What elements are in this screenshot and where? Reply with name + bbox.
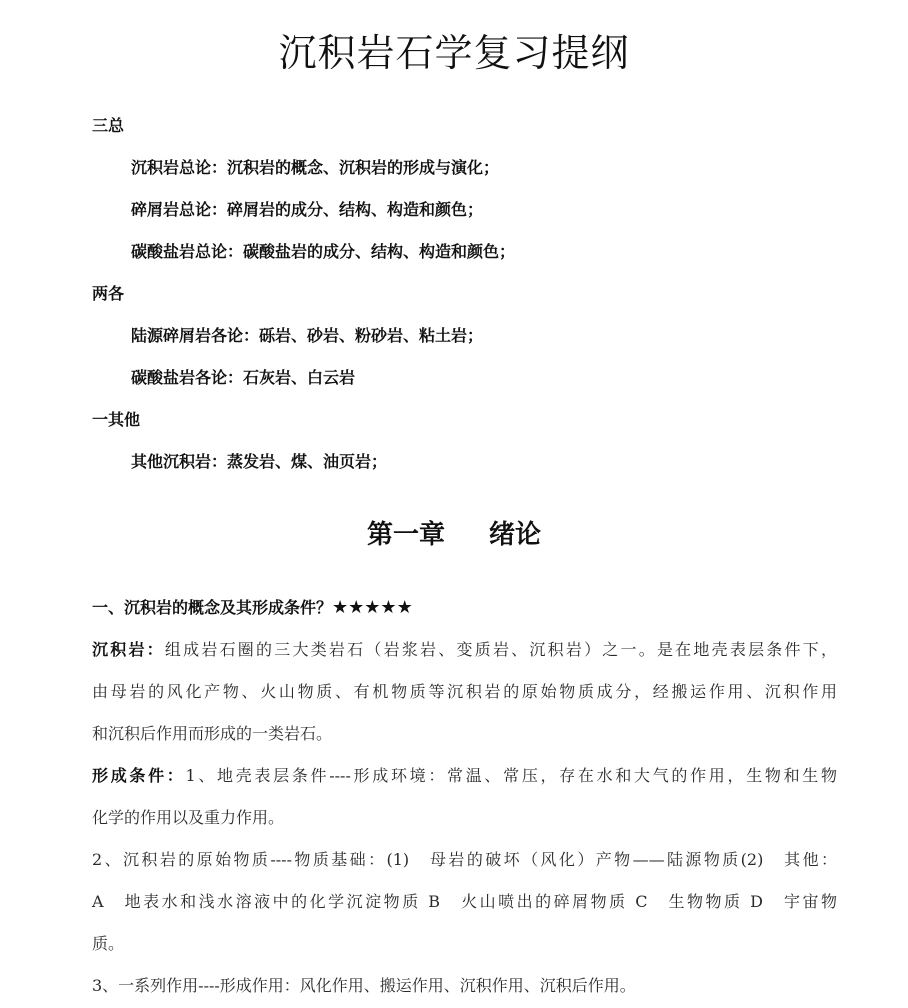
outline-item: 沉积岩总论：沉积岩的概念、沉积岩的形成与演化； [131,158,499,178]
paragraph-line: 由母岩的风化产物、火山物质、有机物质等沉积岩的原始物质成分，经搬运作用、沉积作用 [92,681,837,703]
outline-item: 其他沉积岩：蒸发岩、煤、油页岩； [131,452,387,472]
paragraph-line: 和沉积后作用而形成的一类岩石。 [92,723,837,745]
outline-group-label: 一其他 [92,410,140,430]
paragraph-line: A 地表水和浅水溶液中的化学沉淀物质 B 火山喷出的碎屑物质 C 生物物质 D … [92,891,837,913]
paragraph-line: 化学的作用以及重力作用。 [92,807,837,829]
chapter-name: 绪论 [489,520,541,550]
term-label: 形成条件： [92,766,185,785]
section-heading: 一、沉积岩的概念及其形成条件？★★★★★ [92,597,413,619]
chapter-number: 第一章 [367,520,445,550]
outline-item: 碳酸盐岩各论：石灰岩、白云岩 [131,368,355,388]
paragraph-line: 质。 [92,933,837,955]
outline-group-label: 三总 [92,116,124,136]
outline-item: 碎屑岩总论：碎屑岩的成分、结构、构造和颜色； [131,200,483,220]
outline-item: 陆源碎屑岩各论：砾岩、砂岩、粉砂岩、粘土岩； [131,326,483,346]
document-title: 沉积岩石学复习提纲 [0,22,908,77]
outline-group-label: 两各 [92,284,124,304]
line-text: 组成岩石圈的三大类岩石（岩浆岩、变质岩、沉积岩）之一。是在地壳表层条件下， [165,640,837,659]
paragraph-line: 形成条件：1、地壳表层条件----形成环境：常温、常压，存在水和大气的作用，生物… [92,765,837,787]
paragraph-line: 2、沉积岩的原始物质----物质基础：(1) 母岩的破坏（风化）产物——陆源物质… [92,849,837,871]
term-label: 沉积岩： [92,640,165,659]
chapter-title: 第一章绪论 [0,518,908,552]
document-page: 沉积岩石学复习提纲 三总 沉积岩总论：沉积岩的概念、沉积岩的形成与演化； 碎屑岩… [0,0,908,1008]
line-text: 1、地壳表层条件----形成环境：常温、常压，存在水和大气的作用，生物和生物 [185,766,837,785]
star-rating-icon: ★★★★★ [332,597,413,618]
section-heading-text: 一、沉积岩的概念及其形成条件？ [92,598,332,617]
paragraph-line: 沉积岩：组成岩石圈的三大类岩石（岩浆岩、变质岩、沉积岩）之一。是在地壳表层条件下… [92,639,837,661]
paragraph-line: 3、一系列作用----形成作用：风化作用、搬运作用、沉积作用、沉积后作用。 [92,975,837,997]
outline-item: 碳酸盐岩总论：碳酸盐岩的成分、结构、构造和颜色； [131,242,515,262]
